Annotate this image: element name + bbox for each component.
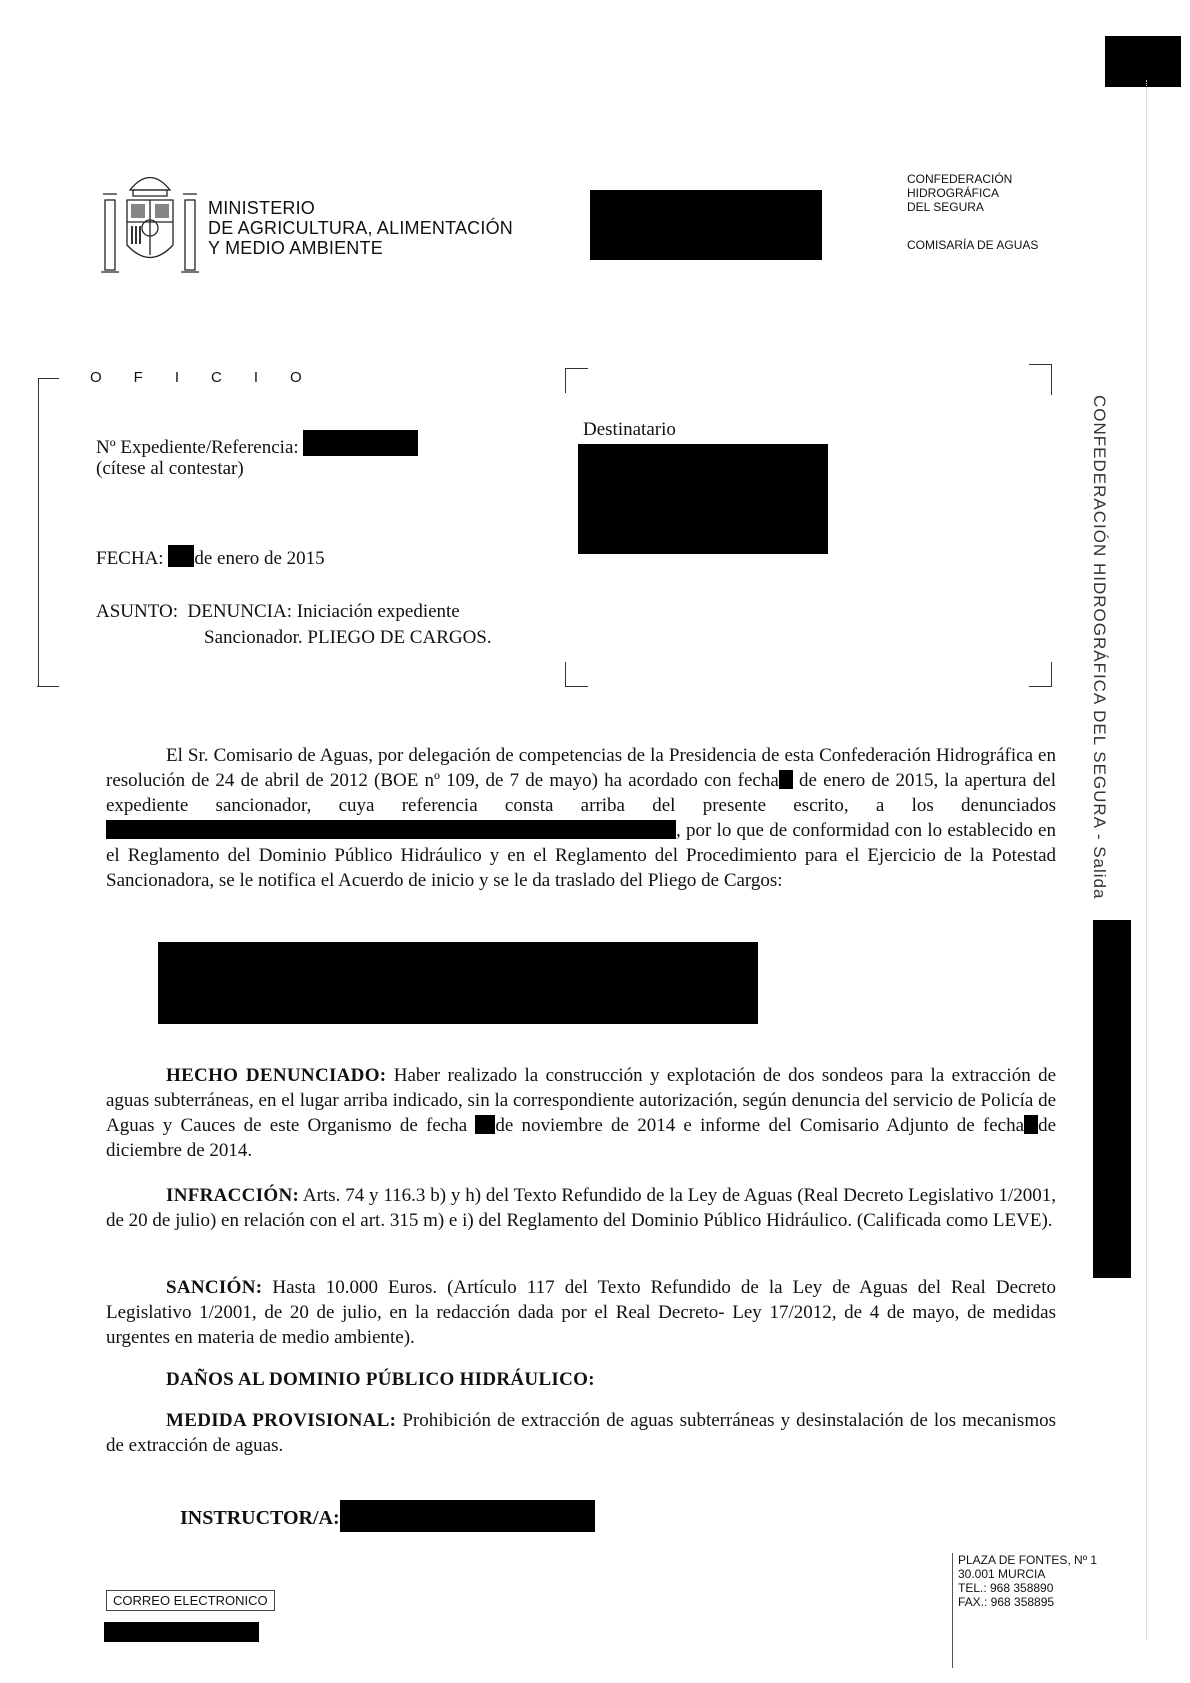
address-line: 30.001 MURCIA xyxy=(958,1567,1097,1581)
redacted-accused-names xyxy=(106,820,676,839)
redacted-day xyxy=(168,545,194,567)
address-window-corner xyxy=(1029,364,1052,395)
registry-side-stamp: CONFEDERACIÓN HIDROGRÁFICA DEL SEGURA - … xyxy=(1087,395,1113,915)
infraccion-label: INFRACCIÓN: xyxy=(166,1185,299,1206)
redacted-registry-stamp xyxy=(1105,36,1181,87)
organization-name: CONFEDERACIÓN HIDROGRÁFICA DEL SEGURA xyxy=(907,172,1012,214)
office-address: PLAZA DE FONTES, Nº 1 30.001 MURCIA TEL.… xyxy=(952,1553,1097,1668)
subject-line: DENUNCIA: Iniciación expediente xyxy=(188,601,460,622)
redacted-day xyxy=(475,1115,495,1134)
hecho-label: HECHO DENUNCIADO: xyxy=(166,1065,386,1086)
reference-note: (cítese al contestar) xyxy=(96,456,244,482)
instructor-field: INSTRUCTOR/A: xyxy=(180,1500,595,1532)
redacted-recipient xyxy=(578,444,828,554)
subject-label: ASUNTO: xyxy=(96,601,178,622)
redacted-email xyxy=(104,1622,259,1642)
redacted-registry-number xyxy=(1093,920,1131,1278)
hecho-paragraph: HECHO DENUNCIADO: Haber realizado la con… xyxy=(106,1063,1056,1163)
oficio-bracket xyxy=(38,378,59,687)
org-line: HIDROGRÁFICA xyxy=(907,186,1012,200)
department-name: COMISARÍA DE AGUAS xyxy=(907,238,1038,252)
redacted-reference-number xyxy=(303,430,418,456)
intro-paragraph: El Sr. Comisario de Aguas, por delegació… xyxy=(106,743,1056,893)
address-line: TEL.: 968 358890 xyxy=(958,1581,1097,1595)
oficio-title: OFICIO xyxy=(90,369,334,386)
redacted-header-block xyxy=(590,190,822,260)
instructor-label: INSTRUCTOR/A: xyxy=(180,1507,340,1529)
reference-label: Nº Expediente/Referencia: xyxy=(96,437,299,458)
danos-heading: DAÑOS AL DOMINIO PÚBLICO HIDRÁULICO: xyxy=(106,1367,1056,1392)
medida-paragraph: MEDIDA PROVISIONAL: Prohibición de extra… xyxy=(106,1408,1056,1458)
date-label: FECHA: xyxy=(96,548,164,569)
side-stamp-text: CONFEDERACIÓN HIDROGRÁFICA DEL SEGURA - … xyxy=(1089,395,1109,899)
sancion-paragraph: SANCIÓN: Hasta 10.000 Euros. (Artículo 1… xyxy=(106,1275,1056,1350)
date-value: de enero de 2015 xyxy=(194,548,324,569)
org-line: CONFEDERACIÓN xyxy=(907,172,1012,186)
address-window-corner xyxy=(1029,662,1052,687)
sancion-label: SANCIÓN: xyxy=(166,1277,262,1298)
page-edge-line xyxy=(1146,80,1147,1640)
ministry-line: DE AGRICULTURA, ALIMENTACIÓN xyxy=(208,218,513,238)
ministry-line: Y MEDIO AMBIENTE xyxy=(208,238,513,258)
redacted-day xyxy=(779,770,793,789)
ministry-name: MINISTERIO DE AGRICULTURA, ALIMENTACIÓN … xyxy=(208,198,513,258)
medida-label: MEDIDA PROVISIONAL: xyxy=(166,1410,396,1431)
redacted-day xyxy=(1024,1115,1038,1134)
address-line: FAX.: 968 358895 xyxy=(958,1595,1097,1609)
subject-field: ASUNTO: DENUNCIA: Iniciación expediente xyxy=(96,599,460,625)
redacted-location-block xyxy=(158,942,758,1024)
spain-coat-of-arms-icon xyxy=(95,160,205,285)
recipient-label: Destinatario xyxy=(583,419,676,441)
redacted-instructor-name xyxy=(340,1500,595,1532)
address-window-corner xyxy=(565,662,588,687)
org-line: DEL SEGURA xyxy=(907,200,1012,214)
email-stamp: CORREO ELECTRONICO xyxy=(106,1590,275,1611)
subject-line: Sancionador. PLIEGO DE CARGOS. xyxy=(204,625,492,651)
infraccion-paragraph: INFRACCIÓN: Arts. 74 y 116.3 b) y h) del… xyxy=(106,1183,1056,1233)
date-field: FECHA: de enero de 2015 xyxy=(96,545,325,572)
hecho-text: de noviembre de 2014 e informe del Comis… xyxy=(495,1115,1024,1136)
address-window-corner xyxy=(565,368,588,393)
address-line: PLAZA DE FONTES, Nº 1 xyxy=(958,1553,1097,1567)
ministry-line: MINISTERIO xyxy=(208,198,513,218)
